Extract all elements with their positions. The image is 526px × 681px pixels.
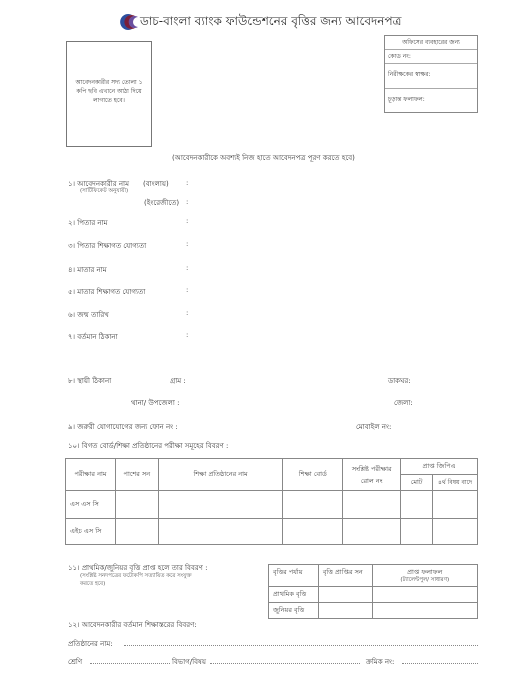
field-label-father-education: ৩। পিতার শিক্ষাগত যোগ্যতা [68, 240, 146, 252]
colon: : [186, 240, 188, 248]
junior-year-cell[interactable] [318, 603, 372, 619]
primary-year-cell[interactable] [318, 587, 372, 603]
colon: : [186, 217, 188, 225]
exam-section-label: ১০। বিগত বোর্ড/শিক্ষা প্রতিষ্ঠানের পরীক্… [68, 440, 228, 452]
colon: : [186, 309, 188, 317]
ssc-roll-cell[interactable] [343, 491, 401, 519]
department-input[interactable] [210, 663, 360, 664]
final-result-field[interactable]: চূড়ান্ত ফলাফল: [385, 89, 477, 113]
scholarship-table: বৃত্তির পর্যায় বৃত্তি প্রাপ্তির সন প্রা… [268, 564, 478, 619]
hsc-gpa-total-cell[interactable] [401, 519, 433, 545]
office-use-box: অফিসের ব্যবহারের জন্য কোড নং: নিরীক্ষকের… [384, 35, 478, 113]
birth-date-input[interactable] [192, 307, 472, 317]
serial-label: ক্রমিক নং: [366, 656, 394, 668]
primary-scholarship: প্রাথমিক বৃত্তি [269, 587, 319, 603]
photo-instruction-2: কপি ছবি এখানে আঠা দিয়ে [71, 87, 147, 96]
header-gpa: প্রাপ্ত জিপিএ [401, 459, 478, 475]
header-board: শিক্ষা বোর্ড [283, 459, 343, 491]
applicant-name-bangla-input[interactable] [192, 178, 472, 188]
village-label: গ্রাম : [170, 375, 186, 387]
header-result-label: প্রাপ্ত ফলাফল [375, 568, 475, 576]
inspector-signature-field[interactable]: নিরীক্ষকের স্বাক্ষর: [385, 64, 477, 89]
institution-name-label: প্রতিষ্ঠানের নাম: [68, 638, 113, 650]
post-office-label: ডাকঘর: [388, 375, 411, 387]
mother-name-input[interactable] [192, 262, 472, 272]
institution-name-input[interactable] [124, 645, 478, 646]
photo-instruction-3: লাগাতে হবে। [71, 96, 147, 105]
scholarship-note-1: (সংশ্লিষ্ট সনদপত্রের ফটোকপি সত্যায়িত কর… [80, 573, 192, 581]
header-scholarship-level: বৃত্তির পর্যায় [269, 565, 319, 587]
ssc-institution-cell[interactable] [158, 491, 283, 519]
header-gpa-excl: ৪র্থ বিষয় বাদে [433, 475, 478, 491]
current-education-label: ১২। আবেদনকারীর বর্তমান শিক্ষাস্তরের বিবর… [68, 619, 197, 631]
class-label: শ্রেণি [68, 656, 82, 668]
ssc-gpa-total-cell[interactable] [401, 491, 433, 519]
header-scholarship-year: বৃত্তি প্রাপ্তির সন [318, 565, 372, 587]
colon: : [186, 179, 188, 187]
table-row: প্রাথমিক বৃত্তি [269, 587, 478, 603]
field-label-permanent-address: ৮। স্থায়ী ঠিকানা [68, 375, 111, 387]
hsc-gpa-excl-cell[interactable] [433, 519, 478, 545]
table-row: জুনিয়র বৃত্তি [269, 603, 478, 619]
ssc-gpa-excl-cell[interactable] [433, 491, 478, 519]
primary-result-cell[interactable] [372, 587, 477, 603]
field-sub-bangla: (বাংলায়) [143, 178, 169, 190]
exam-hsc: এইচ এস সি [66, 519, 116, 545]
office-use-heading: অফিসের ব্যবহারের জন্য [385, 36, 477, 50]
table-row: এস এস সি [66, 491, 478, 519]
applicant-name-english-input[interactable] [192, 196, 472, 206]
photo-instruction-1: আবেদনকারীর সদ্য তোলা ১ [71, 78, 147, 87]
field-label-mother-name: ৪। মাতার নাম [68, 264, 107, 276]
header-result-sub: (ট্যালেন্টপুল/ সাধারণ) [375, 576, 475, 584]
junior-result-cell[interactable] [372, 603, 477, 619]
header-pass-year: পাশের সন [115, 459, 158, 491]
header-scholarship-result: প্রাপ্ত ফলাফল (ট্যালেন্টপুল/ সাধারণ) [372, 565, 477, 587]
hsc-pass-year-cell[interactable] [115, 519, 158, 545]
header-roll: সংশ্লিষ্ট পরীক্ষার রোল নং [343, 459, 401, 491]
father-name-input[interactable] [192, 215, 472, 225]
crescent-logo-icon [118, 12, 140, 32]
junior-scholarship: জুনিয়র বৃত্তি [269, 603, 319, 619]
exam-table: পরীক্ষার নাম পাশের সন শিক্ষা প্রতিষ্ঠানে… [65, 458, 478, 545]
field-label-present-address: ৭। বর্তমান ঠিকানা [68, 331, 118, 343]
field-label-emergency-phone: ৯। জরুরী যোগাযোগের জন্য ফোন নং : [68, 421, 178, 433]
thana-label: থানা/ উপজেলা : [131, 397, 179, 409]
header-institution: শিক্ষা প্রতিষ্ঠানের নাম [158, 459, 283, 491]
header-exam-name: পরীক্ষার নাম [66, 459, 116, 491]
colon: : [186, 264, 188, 272]
department-label: বিভাগ/বিষয় [172, 656, 206, 668]
present-address-input[interactable] [192, 329, 472, 359]
hsc-board-cell[interactable] [283, 519, 343, 545]
ssc-board-cell[interactable] [283, 491, 343, 519]
hsc-institution-cell[interactable] [158, 519, 283, 545]
form-title: ডাচ-বাংলা ব্যাংক ফাউন্ডেশনের বৃত্তির জন্… [140, 13, 401, 33]
instruction-text: (আবেদনকারীকে অবশ্যই নিজ হাতে আবেদনপত্র প… [172, 152, 355, 164]
district-label: জেলা: [394, 397, 413, 409]
serial-input[interactable] [402, 663, 478, 664]
field-note-certificate: (সার্টিফিকেট অনুযায়ী) [80, 188, 128, 196]
field-sub-english: (ইংরেজীতে) [144, 197, 179, 209]
colon: : [186, 198, 188, 206]
mobile-label: মোবাইল নং: [356, 421, 391, 433]
class-input[interactable] [90, 663, 170, 664]
hsc-roll-cell[interactable] [343, 519, 401, 545]
table-row: এইচ এস সি [66, 519, 478, 545]
mother-education-input[interactable] [192, 284, 472, 294]
exam-ssc: এস এস সি [66, 491, 116, 519]
colon: : [186, 331, 188, 339]
colon: : [186, 286, 188, 294]
father-education-input[interactable] [192, 238, 472, 248]
header-gpa-total: মোট [401, 475, 433, 491]
field-label-birth-date: ৬। জন্ম তারিখ [68, 309, 109, 321]
field-label-mother-education: ৫। মাতার শিক্ষাগত যোগ্যতা [68, 286, 145, 298]
scholarship-note-2: করতে হবে) [80, 581, 105, 589]
ssc-pass-year-cell[interactable] [115, 491, 158, 519]
code-no-field[interactable]: কোড নং: [385, 50, 477, 64]
field-label-father-name: ২। পিতার নাম [68, 217, 108, 229]
photo-box[interactable]: আবেদনকারীর সদ্য তোলা ১ কপি ছবি এখানে আঠা… [66, 41, 152, 147]
